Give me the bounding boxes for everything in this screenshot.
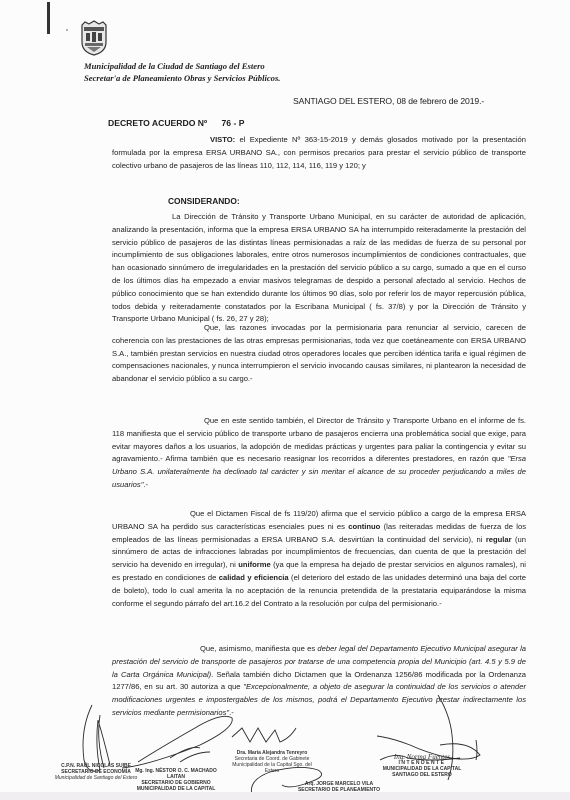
speck bbox=[66, 29, 68, 31]
considerando-paragraph-5: Que, asimismo, manifiesta que es deber l… bbox=[112, 643, 526, 720]
considerando-paragraph-3: Que en este sentido también, el Director… bbox=[112, 415, 526, 492]
municipal-crest-icon bbox=[80, 20, 108, 56]
considerando-heading: CONSIDERANDO: bbox=[168, 196, 240, 206]
decree-label: DECRETO ACUERDO Nº bbox=[108, 118, 207, 128]
signature-block-mayor: Ing. Norma Fuentes INTENDENTE MUNICIPALI… bbox=[372, 754, 472, 778]
dateline: SANTIAGO DEL ESTERO, 08 de febrero de 20… bbox=[293, 96, 484, 106]
decree-title: DECRETO ACUERDO Nº 76 - P bbox=[108, 118, 244, 128]
signature-block-economy: C.P.N. RAÚL NICOLÁS SUIBE SECRETARIO DE … bbox=[52, 763, 140, 781]
visto-paragraph: VISTO: el Expediente Nº 363-15-2019 y de… bbox=[112, 134, 526, 172]
letterhead-municipality: Municipalidad de la Ciudad de Santiago d… bbox=[84, 60, 280, 72]
letterhead: Municipalidad de la Ciudad de Santiago d… bbox=[84, 60, 280, 84]
considerando-paragraph-2: Que, las razones invocadas por la permis… bbox=[112, 322, 526, 386]
signature-block-cabinet: Dra. María Alejandra Tenreyro Secretaria… bbox=[226, 750, 318, 774]
margin-mark bbox=[47, 2, 50, 34]
document-page: Municipalidad de la Ciudad de Santiago d… bbox=[0, 0, 570, 800]
decree-number: 76 - P bbox=[222, 118, 245, 128]
scan-edge bbox=[0, 792, 570, 800]
considerando-paragraph-1: La Dirección de Tránsito y Transporte Ur… bbox=[112, 211, 526, 326]
visto-lead: VISTO: bbox=[210, 135, 235, 144]
signature-block-government: Mg. Ing. NÉSTOR O. C. MACHADO LAITAN SEC… bbox=[128, 768, 224, 792]
letterhead-secretariat: Secretar'a de Planeamiento Obras y Servi… bbox=[84, 72, 280, 84]
considerando-paragraph-4: Que el Dictamen Fiscal de fs 119/20) afi… bbox=[112, 508, 526, 610]
